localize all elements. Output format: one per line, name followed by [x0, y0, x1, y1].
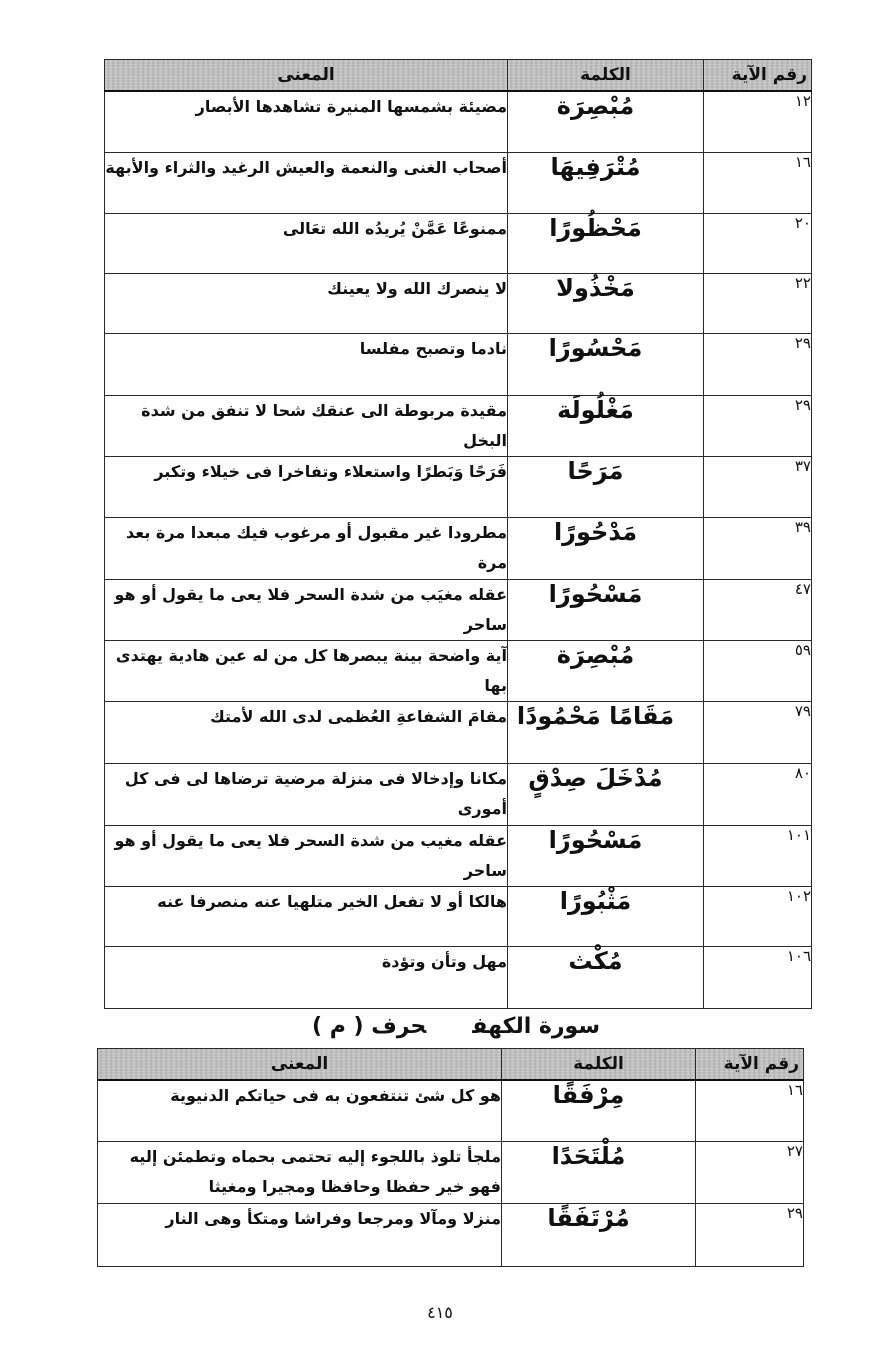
word-cell: مَحْظُورًا [508, 213, 704, 273]
word-cell: مَقَامًا مَحْمُودًا [508, 701, 704, 763]
table-row: ١٠٢ مَثْبُورًا هالكا أو لا تفعل الخير مت… [105, 886, 812, 946]
header-word: الكلمة [502, 1049, 696, 1081]
meaning-cell: مطرودا غير مقبول أو مرغوب فيك مبعدا مرة … [105, 517, 508, 579]
meaning-text: ملجأ تلوذ باللجوء إليه تحتمى بحماه وتطمئ… [98, 1142, 501, 1202]
word-cell: مُبْصِرَة [508, 640, 704, 701]
letter-label: حرف ( م ) [312, 1014, 426, 1039]
table-row: ٣٧ مَرَحًا فَرَحًا وَبَطرًا واستعلاء وتف… [105, 456, 812, 517]
word-cell: مَسْحُورًا [508, 579, 704, 640]
table-row: ٧٩ مَقَامًا مَحْمُودًا مقامَ الشفاعةِ ال… [105, 701, 812, 763]
meaning-cell: هالكا أو لا تفعل الخير متلهيا عنه منصرفا… [105, 886, 508, 946]
ayah-number-cell: ٧٩ [704, 701, 812, 763]
ayah-number-cell: ١٠٦ [704, 946, 812, 1008]
quranic-word: مَغْلُولَة [557, 396, 634, 424]
word-cell: مَسْحُورًا [508, 825, 704, 886]
quranic-word: مُكْث [568, 947, 622, 975]
meaning-cell: عقله مغيب من شدة السحر فلا يعى ما يقول أ… [105, 825, 508, 886]
ayah-number-cell: ٥٩ [704, 640, 812, 701]
meaning-text: مضيئة بشمسها المنيرة تشاهدها الأبصار [105, 92, 507, 122]
table-row: ٥٩ مُبْصِرَة آية واضحة بينة يبصرها كل من… [105, 640, 812, 701]
section-heading: سورة الكهفحرف ( م ) [300, 1014, 600, 1039]
ayah-number-cell: ٢٢ [704, 273, 812, 333]
ayah-number-cell: ١٦ [696, 1080, 804, 1141]
header-meaning: المعنى [98, 1049, 502, 1081]
table-row: ٣٩ مَدْحُورًا مطرودا غير مقبول أو مرغوب … [105, 517, 812, 579]
table-header-row: رقم الآية الكلمة المعنى [105, 60, 812, 92]
meaning-cell: مضيئة بشمسها المنيرة تشاهدها الأبصار [105, 91, 508, 152]
word-cell: مَثْبُورًا [508, 886, 704, 946]
meaning-cell: ممنوعًا عَمَّنْ يُريدُه الله تعَالى [105, 213, 508, 273]
book-page: رقم الآية الكلمة المعنى ١٢ مُبْصِرَة مضي… [0, 0, 873, 1347]
quranic-word: مَدْحُورًا [554, 518, 637, 546]
ayah-number-cell: ٢٩ [704, 395, 812, 456]
meaning-text: مقيدة مربوطة الى عنقك شحا لا تنفق من شدة… [105, 396, 507, 456]
meaning-text: هو كل شئ تنتفعون به فى حياتكم الدنيوية [98, 1081, 501, 1111]
meaning-cell: آية واضحة بينة يبصرها كل من له عين هادية… [105, 640, 508, 701]
word-cell: مَغْلُولَة [508, 395, 704, 456]
meaning-text: مهل وتأن وتؤدة [105, 947, 507, 977]
word-cell: مَرَحًا [508, 456, 704, 517]
meaning-cell: نادما وتصبح مفلسا [105, 333, 508, 395]
meaning-text: عقله مغيَب من شدة السحر فلا يعى ما يقول … [105, 580, 507, 640]
meaning-text: هالكا أو لا تفعل الخير متلهيا عنه منصرفا… [105, 887, 507, 917]
quranic-word: مُتْرَفِيهَا [551, 153, 641, 181]
meaning-cell: مقامَ الشفاعةِ العُظمى لدى الله لأمتك [105, 701, 508, 763]
meaning-cell: لا ينصرك الله ولا يعينك [105, 273, 508, 333]
quranic-word: مَحْظُورًا [549, 214, 642, 242]
table-body: ١٢ مُبْصِرَة مضيئة بشمسها المنيرة تشاهده… [105, 91, 812, 1008]
quranic-word: مُبْصِرَة [557, 92, 634, 120]
word-cell: مُكْث [508, 946, 704, 1008]
meaning-cell: ملجأ تلوذ باللجوء إليه تحتمى بحماه وتطمئ… [98, 1141, 502, 1203]
word-cell: مَحْسُورًا [508, 333, 704, 395]
quranic-word: مُلْتَحَدًا [552, 1142, 626, 1170]
quranic-word: مُرْتَفَقًا [547, 1204, 629, 1232]
quranic-word: مَخْذُولا [556, 274, 635, 302]
ayah-number-cell: ٢٩ [704, 333, 812, 395]
quranic-word: مِرْفَقًا [553, 1081, 625, 1109]
ayah-number-cell: ١٢ [704, 91, 812, 152]
ayah-number-cell: ٣٩ [704, 517, 812, 579]
word-cell: مُتْرَفِيهَا [508, 152, 704, 213]
word-cell: مُلْتَحَدًا [502, 1141, 696, 1203]
ayah-number-cell: ١٠٢ [704, 886, 812, 946]
meaning-cell: مكانا وإدخالا فى منزلة مرضية ترضاها لى ف… [105, 763, 508, 825]
table-row: ١٢ مُبْصِرَة مضيئة بشمسها المنيرة تشاهده… [105, 91, 812, 152]
meaning-cell: منزلا ومآلا ومرجعا وفراشا ومتكأ وهى النا… [98, 1203, 502, 1266]
quranic-word: مَسْحُورًا [549, 580, 643, 608]
header-meaning: المعنى [105, 60, 508, 92]
ayah-number-cell: ٢٧ [696, 1141, 804, 1203]
quranic-word: مُدْخَلَ صِدْقٍ [528, 764, 662, 792]
table-row: ٢٠ مَحْظُورًا ممنوعًا عَمَّنْ يُريدُه ال… [105, 213, 812, 273]
header-ayah-number: رقم الآية [704, 60, 812, 92]
table-row: ١٠٦ مُكْث مهل وتأن وتؤدة [105, 946, 812, 1008]
meaning-cell: مهل وتأن وتؤدة [105, 946, 508, 1008]
ayah-number-cell: ٨٠ [704, 763, 812, 825]
table-header-row: رقم الآية الكلمة المعنى [98, 1049, 804, 1081]
word-cell: مُدْخَلَ صِدْقٍ [508, 763, 704, 825]
word-cell: مِرْفَقًا [502, 1080, 696, 1141]
table-row: ١٦ مُتْرَفِيهَا أصحاب الغنى والنعمة والع… [105, 152, 812, 213]
meaning-cell: هو كل شئ تنتفعون به فى حياتكم الدنيوية [98, 1080, 502, 1141]
surah-title: سورة الكهف [472, 1014, 600, 1039]
meaning-cell: فَرَحًا وَبَطرًا واستعلاء وتفاخرا فى خيل… [105, 456, 508, 517]
meaning-text: مطرودا غير مقبول أو مرغوب فيك مبعدا مرة … [105, 518, 507, 578]
meaning-text: ممنوعًا عَمَّنْ يُريدُه الله تعَالى [105, 214, 507, 244]
meaning-text: نادما وتصبح مفلسا [105, 334, 507, 364]
meaning-text: أصحاب الغنى والنعمة والعيش الرغيد والثرا… [105, 153, 507, 183]
word-cell: مُرْتَفَقًا [502, 1203, 696, 1266]
quranic-word: مَثْبُورًا [560, 887, 632, 915]
meaning-cell: عقله مغيَب من شدة السحر فلا يعى ما يقول … [105, 579, 508, 640]
glossary-table-isra: رقم الآية الكلمة المعنى ١٢ مُبْصِرَة مضي… [104, 59, 812, 1009]
table-row: ٢٩ مَغْلُولَة مقيدة مربوطة الى عنقك شحا … [105, 395, 812, 456]
meaning-text: آية واضحة بينة يبصرها كل من له عين هادية… [105, 641, 507, 701]
table-row: ٢٧ مُلْتَحَدًا ملجأ تلوذ باللجوء إليه تح… [98, 1141, 804, 1203]
table-row: ٤٧ مَسْحُورًا عقله مغيَب من شدة السحر فل… [105, 579, 812, 640]
header-ayah-number: رقم الآية [696, 1049, 804, 1081]
table-row: ٨٠ مُدْخَلَ صِدْقٍ مكانا وإدخالا فى منزل… [105, 763, 812, 825]
quranic-word: مَحْسُورًا [549, 334, 643, 362]
table-body: ١٦ مِرْفَقًا هو كل شئ تنتفعون به فى حيات… [98, 1080, 804, 1266]
meaning-text: عقله مغيب من شدة السحر فلا يعى ما يقول أ… [105, 826, 507, 886]
table-row: ٢٩ مُرْتَفَقًا منزلا ومآلا ومرجعا وفراشا… [98, 1203, 804, 1266]
ayah-number-cell: ٤٧ [704, 579, 812, 640]
meaning-cell: أصحاب الغنى والنعمة والعيش الرغيد والثرا… [105, 152, 508, 213]
meaning-text: مكانا وإدخالا فى منزلة مرضية ترضاها لى ف… [105, 764, 507, 824]
meaning-text: مقامَ الشفاعةِ العُظمى لدى الله لأمتك [105, 702, 507, 732]
table-row: ٢٩ مَحْسُورًا نادما وتصبح مفلسا [105, 333, 812, 395]
ayah-number-cell: ٣٧ [704, 456, 812, 517]
glossary-table-kahf: رقم الآية الكلمة المعنى ١٦ مِرْفَقًا هو … [97, 1048, 804, 1267]
ayah-number-cell: ١٦ [704, 152, 812, 213]
quranic-word: مُبْصِرَة [557, 641, 634, 669]
word-cell: مُبْصِرَة [508, 91, 704, 152]
table-row: ٢٢ مَخْذُولا لا ينصرك الله ولا يعينك [105, 273, 812, 333]
quranic-word: مَسْحُورًا [549, 826, 643, 854]
meaning-cell: مقيدة مربوطة الى عنقك شحا لا تنفق من شدة… [105, 395, 508, 456]
ayah-number-cell: ٢٩ [696, 1203, 804, 1266]
table-row: ١٠١ مَسْحُورًا عقله مغيب من شدة السحر فل… [105, 825, 812, 886]
page-number: ٤١٥ [400, 1303, 480, 1322]
word-cell: مَدْحُورًا [508, 517, 704, 579]
table-row: ١٦ مِرْفَقًا هو كل شئ تنتفعون به فى حيات… [98, 1080, 804, 1141]
ayah-number-cell: ١٠١ [704, 825, 812, 886]
quranic-word: مَرَحًا [567, 457, 623, 485]
word-cell: مَخْذُولا [508, 273, 704, 333]
meaning-text: فَرَحًا وَبَطرًا واستعلاء وتفاخرا فى خيل… [105, 457, 507, 487]
meaning-text: لا ينصرك الله ولا يعينك [105, 274, 507, 304]
ayah-number-cell: ٢٠ [704, 213, 812, 273]
header-word: الكلمة [508, 60, 704, 92]
meaning-text: منزلا ومآلا ومرجعا وفراشا ومتكأ وهى النا… [98, 1204, 501, 1234]
quranic-word: مَقَامًا مَحْمُودًا [517, 702, 674, 730]
